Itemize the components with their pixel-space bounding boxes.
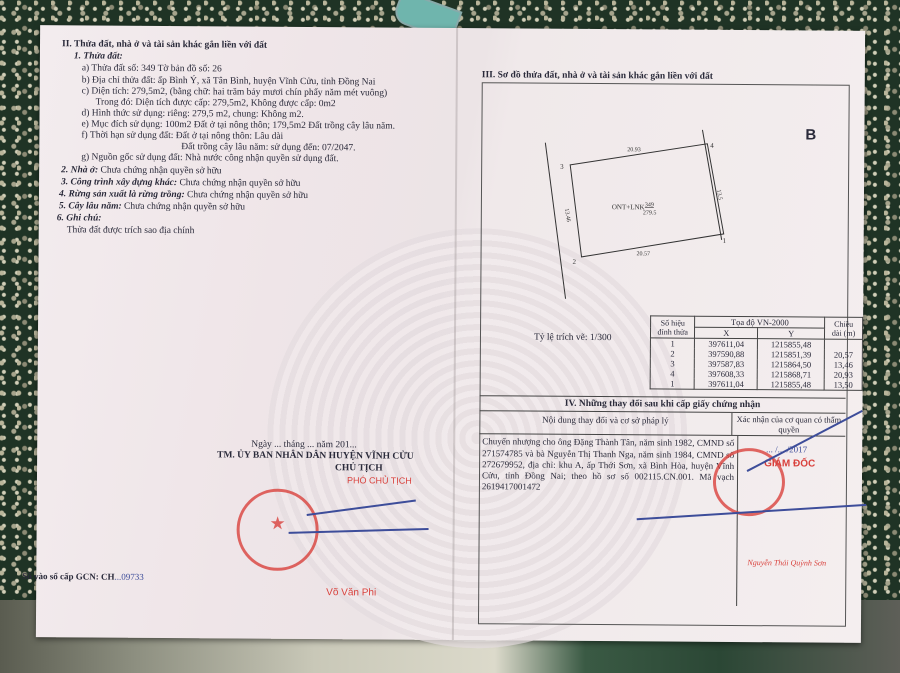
- coord-cell-pt: 3: [650, 358, 694, 368]
- coord-cell-x: 397587,83: [695, 359, 758, 369]
- col-length-header: Chiều dài (m): [825, 317, 863, 339]
- coord-cell-x: 397611,04: [695, 338, 758, 349]
- vertex-1: 1: [723, 237, 727, 245]
- director-signature-name: Nguyễn Thái Quỳnh Sơn: [747, 558, 826, 568]
- coord-cell-len: 20,93: [824, 370, 862, 380]
- coord-cell-len: 20,57: [824, 350, 862, 360]
- origin-line: g) Nguồn gốc sử dụng đất: Nhà nước công …: [81, 152, 338, 165]
- item6-note: Thửa đất được trích sao địa chính: [67, 225, 195, 237]
- coord-cell-y: 1215855,48: [757, 379, 824, 390]
- coord-cell-y: 1215855,48: [758, 339, 825, 350]
- signer-name: Võ Văn Phi: [326, 587, 376, 599]
- edge-top-label: 20.93: [627, 147, 641, 153]
- official-seal-left: ★: [236, 489, 319, 572]
- coord-cell-pt: 2: [650, 348, 694, 358]
- edge-bottom-label: 20.57: [637, 251, 651, 257]
- item6-label: 6. Ghi chú:: [57, 213, 102, 225]
- certificate-page: II. Thửa đất, nhà ở và tài sản khác gắn …: [36, 25, 865, 643]
- vice-chairman-stamp: PHÓ CHỦ TỊCH: [347, 475, 412, 486]
- star-icon: ★: [270, 513, 286, 534]
- item2-line: 2. Nhà ở: Chưa chứng nhận quyền sở hữu: [61, 165, 221, 178]
- item1-title: 1. Thửa đất:: [74, 51, 123, 63]
- coordinate-row: 1397611,041215855,4813,50: [650, 378, 862, 390]
- edge-left-label: 13.46: [563, 208, 571, 222]
- vertex-2: 2: [572, 258, 576, 266]
- coordinate-table: Số hiệu đỉnh thửa Tọa độ VN-2000 Chiều d…: [650, 315, 864, 390]
- col-change-content: Nội dung thay đổi và cơ sở pháp lý: [479, 411, 732, 435]
- coord-cell-pt: 1: [650, 378, 694, 389]
- official-seal-right: [713, 448, 785, 517]
- section2-title: II. Thửa đất, nhà ở và tài sản khác gắn …: [62, 39, 267, 52]
- coord-cell-y: 1215851,39: [758, 349, 825, 359]
- coord-cell-y: 1215868,71: [757, 369, 824, 379]
- parcel-area: 279.5: [643, 210, 657, 216]
- coord-cell-x: 397611,04: [695, 379, 758, 390]
- change-entry: Chuyển nhượng cho ông Đặng Thành Tân, nă…: [478, 435, 738, 607]
- north-arrow-icon: B: [805, 126, 816, 144]
- changes-section: IV. Những thay đổi sau khi cấp giấy chứn…: [478, 395, 845, 607]
- item4-line: 4. Rừng sản xuất là rừng trồng: Chưa chứ…: [59, 189, 308, 202]
- col-y-header: Y: [758, 328, 825, 339]
- item5-line: 5. Cây lâu năm: Chưa chứng nhận quyền sở…: [59, 201, 245, 214]
- vertex-3: 3: [560, 163, 564, 171]
- issuing-authority: TM. ỦY BAN NHÂN DÂN HUYỆN VĨNH CỬU: [217, 450, 414, 463]
- edge-right-label: 13.5: [715, 189, 723, 200]
- parcel-number: 349: [645, 202, 654, 208]
- item3-line: 3. Công trình xây dựng khác: Chưa chứng …: [61, 177, 300, 190]
- coord-cell-len: 13,46: [824, 360, 862, 370]
- vertex-4: 4: [710, 142, 714, 150]
- coord-cell-y: 1215864,50: [758, 359, 825, 369]
- parcel-number-line: a) Thửa đất số: 349 Tờ bản đồ số: 26: [82, 63, 222, 75]
- parcel-label: ONT+LNK: [612, 203, 645, 211]
- coord-cell-x: 397608,33: [695, 369, 758, 379]
- col-coord-header: Tọa độ VN-2000: [695, 316, 825, 328]
- col-x-header: X: [695, 327, 758, 338]
- coord-cell-x: 397590,88: [695, 349, 758, 359]
- coord-cell-len: 13,50: [824, 380, 862, 391]
- section3-title: III. Sơ đồ thửa đất, nhà ở và tài sản kh…: [482, 70, 713, 82]
- drawing-scale: Tỷ lệ trích vẽ: 1/300: [534, 333, 612, 344]
- col-confirmation: Xác nhận của cơ quan có thẩm quyền: [732, 413, 845, 436]
- coord-cell-len: [825, 339, 863, 350]
- chairman-title: CHỦ TỊCH: [335, 463, 383, 475]
- col-point-header: Số hiệu đỉnh thửa: [650, 316, 695, 338]
- registry-number: Số vào sổ cấp GCN: CH...09733: [22, 571, 144, 583]
- coord-cell-pt: 4: [650, 368, 694, 378]
- coord-cell-pt: 1: [650, 338, 694, 349]
- parcel-diagram: 20.93 20.57 13.46 13.5 1 2 3 4 ONT+LNK 3…: [506, 128, 747, 300]
